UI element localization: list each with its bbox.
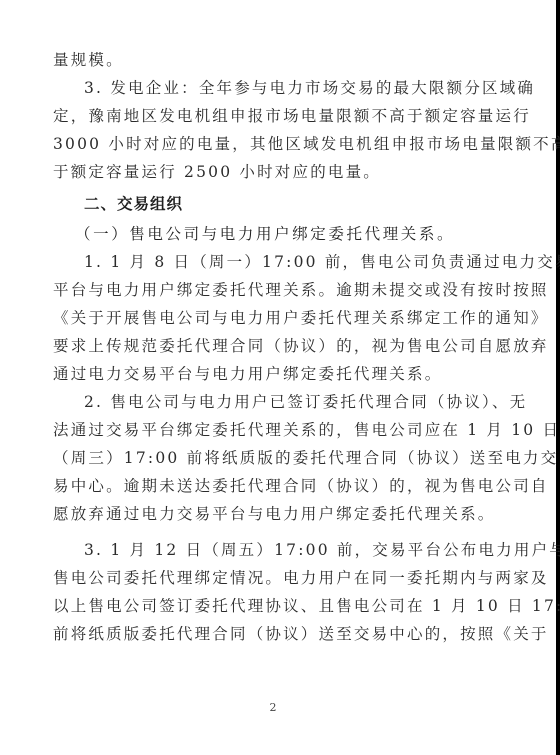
paragraph-continuation-line: 量规模。 xyxy=(53,46,463,74)
scan-edge-border xyxy=(556,0,560,755)
paragraph-line: 1. 1 月 8 日（周一）17:00 前，售电公司负责通过电力交易 xyxy=(53,248,463,276)
paragraph-line: 通过电力交易平台与电力用户绑定委托代理关系。 xyxy=(53,360,463,388)
paragraph-line: 2. 售电公司与电力用户已签订委托代理合同（协议）、无 xyxy=(53,388,463,416)
section-heading: 二、交易组织 xyxy=(53,186,463,220)
paragraph-line: 易中心。逾期未送达委托代理合同（协议）的，视为售电公司自 xyxy=(53,472,463,500)
paragraph-line: 于额定容量运行 2500 小时对应的电量。 xyxy=(53,158,463,186)
paragraph-line: （周三）17:00 前将纸质版的委托代理合同（协议）送至电力交 xyxy=(53,444,463,472)
paragraph-line: 3. 发电企业：全年参与电力市场交易的最大限额分区域确 xyxy=(53,74,463,102)
paragraph-line: 售电公司委托代理绑定情况。电力用户在同一委托期内与两家及 xyxy=(53,564,463,592)
subsection-heading: （一）售电公司与电力用户绑定委托代理关系。 xyxy=(53,220,463,248)
paragraph-line: 3. 1 月 12 日（周五）17:00 前，交易平台公布电力用户与 xyxy=(53,536,463,564)
item-2-paragraph: 2. 售电公司与电力用户已签订委托代理合同（协议）、无 法通过交易平台绑定委托代… xyxy=(53,388,463,528)
paragraph-line: 定，豫南地区发电机组申报市场电量限额不高于额定容量运行 xyxy=(53,102,463,130)
paragraph-line: 要求上传规范委托代理合同（协议）的，视为售电公司自愿放弃 xyxy=(53,332,463,360)
paragraph-line: 前将纸质版委托代理合同（协议）送至交易中心的，按照《关于 xyxy=(53,620,463,648)
paragraph-line: 《关于开展售电公司与电力用户委托代理关系绑定工作的通知》 xyxy=(53,304,463,332)
item-1-paragraph: 1. 1 月 8 日（周一）17:00 前，售电公司负责通过电力交易 平台与电力… xyxy=(53,248,463,388)
paragraph-line: 3000 小时对应的电量，其他区域发电机组申报市场电量限额不高 xyxy=(53,130,463,158)
page-number: 2 xyxy=(0,701,546,714)
paragraph-line: 法通过交易平台绑定委托代理关系的，售电公司应在 1 月 10 日 xyxy=(53,416,463,444)
paragraph-line: 愿放弃通过电力交易平台与电力用户绑定委托代理关系。 xyxy=(53,500,463,528)
item-3-paragraph: 3. 1 月 12 日（周五）17:00 前，交易平台公布电力用户与 售电公司委… xyxy=(53,536,463,648)
spacer xyxy=(53,528,463,536)
paragraph-line: 平台与电力用户绑定委托代理关系。逾期未提交或没有按时按照 xyxy=(53,276,463,304)
paragraph-line: 以上售电公司签订委托代理协议、且售电公司在 1 月 10 日 17:00 xyxy=(53,592,463,620)
document-page: 量规模。 3. 发电企业：全年参与电力市场交易的最大限额分区域确 定，豫南地区发… xyxy=(53,46,463,648)
paragraph-generator-limits: 3. 发电企业：全年参与电力市场交易的最大限额分区域确 定，豫南地区发电机组申报… xyxy=(53,74,463,186)
